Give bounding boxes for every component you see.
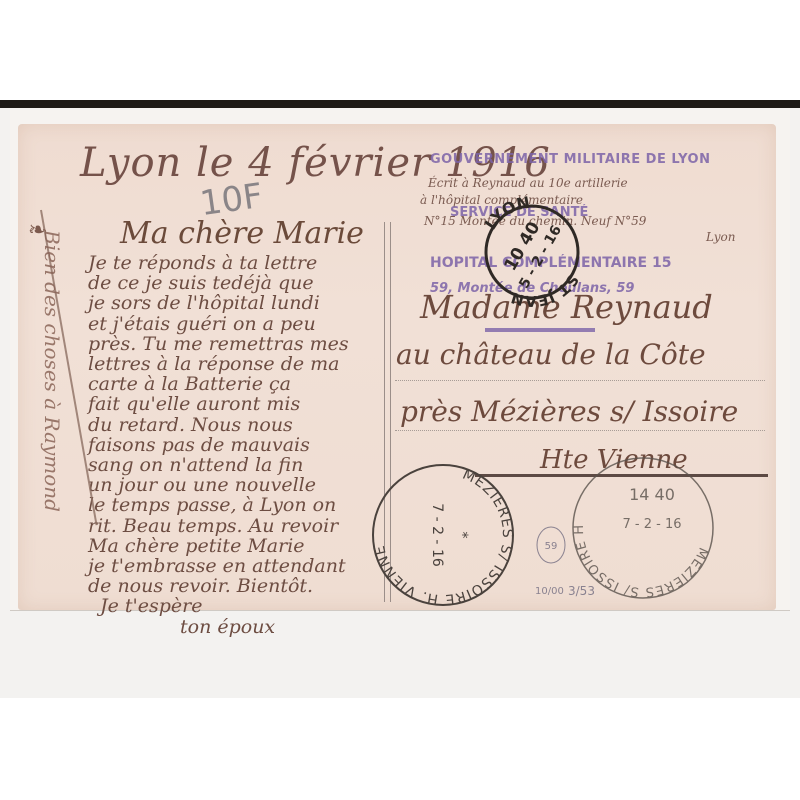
postmarks: LYON ST JEAN 10 40 5 - 2 - 16 MEZIERES S… <box>0 0 800 800</box>
issoire-postmark: MEZIERES S/ ISSOIRE H. VIENNE * 7 - 2 - … <box>372 465 515 607</box>
mezieres-postmark: MEZIERES S/ ISSOIRE H. VIENNE 14 40 7 - … <box>0 0 713 599</box>
svg-text:7 - 2 - 16: 7 - 2 - 16 <box>623 517 682 532</box>
svg-text:14 40: 14 40 <box>629 485 675 504</box>
svg-text:*: * <box>454 532 470 539</box>
svg-text:7 - 2 - 16: 7 - 2 - 16 <box>429 503 445 567</box>
svg-text:MEZIERES S/ ISSOIRE H. VIENNE: MEZIERES S/ ISSOIRE H. VIENNE <box>0 0 710 599</box>
oval-mark: 59 <box>537 527 565 563</box>
lyon-postmark: LYON ST JEAN 10 40 5 - 2 - 16 <box>481 193 582 310</box>
svg-text:59: 59 <box>545 541 558 552</box>
